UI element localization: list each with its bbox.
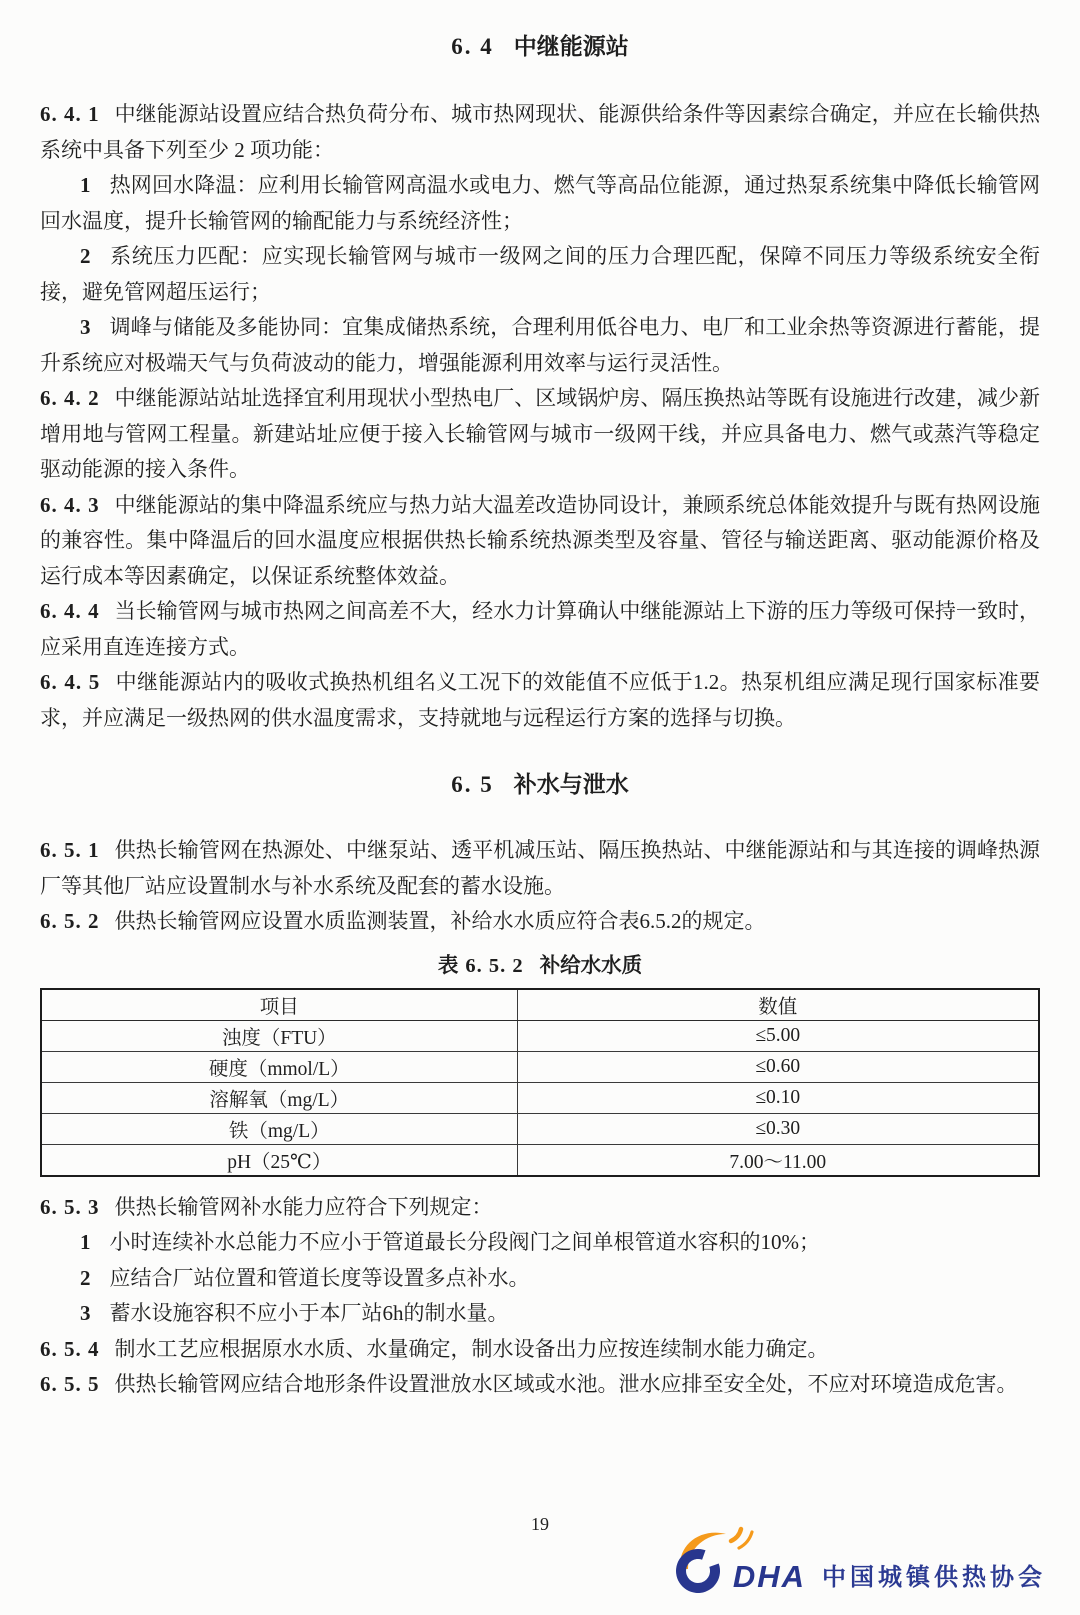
cell-item: 浊度（FTU） [41, 1020, 517, 1051]
item-number: 3 [80, 315, 92, 339]
list-item-1: 1小时连续补水总能力不应小于管道最长分段阀门之间单根管道水容积的10%； [40, 1225, 1040, 1261]
table-header-row: 项目 数值 [41, 989, 1039, 1021]
table-row: 溶解氧（mg/L） ≤0.10 [41, 1082, 1039, 1113]
clause-number: 6. 4. 5 [40, 670, 100, 694]
clause-6-4-5: 6. 4. 5中继能源站内的吸收式换热机组名义工况下的效能值不应低于1.2。热泵… [40, 665, 1040, 736]
column-header-value: 数值 [517, 989, 1039, 1021]
cell-item: 硬度（mmol/L） [41, 1051, 517, 1082]
clause-number: 6. 4. 1 [40, 102, 100, 126]
item-number: 2 [80, 244, 92, 268]
clause-text: 中继能源站的集中降温系统应与热力站大温差改造协同设计，兼顾系统总体能效提升与既有… [40, 493, 1040, 588]
section-number: 6. 5 [451, 772, 494, 797]
logo-acronym-text: DHA [733, 1561, 806, 1592]
list-item-2: 2应结合厂站位置和管道长度等设置多点补水。 [40, 1261, 1040, 1297]
cell-value: 7.00～11.00 [517, 1144, 1039, 1176]
column-header-item: 项目 [41, 989, 517, 1021]
clause-6-5-3: 6. 5. 3供热长输管网补水能力应符合下列规定： [40, 1190, 1040, 1226]
clause-number: 6. 5. 4 [40, 1337, 100, 1361]
table-title: 补给水水质 [540, 955, 643, 977]
clause-6-4-2: 6. 4. 2中继能源站站址选择宜利用现状小型热电厂、区域锅炉房、隔压换热站等既… [40, 381, 1040, 488]
item-text: 系统压力匹配：应实现长输管网与城市一级网之间的压力合理匹配，保障不同压力等级系统… [40, 244, 1040, 304]
item-number: 1 [80, 173, 92, 197]
clause-6-5-2: 6. 5. 2供热长输管网应设置水质监测装置，补给水水质应符合表6.5.2的规定… [40, 904, 1040, 940]
item-text: 应结合厂站位置和管道长度等设置多点补水。 [110, 1266, 530, 1290]
item-number: 3 [80, 1301, 92, 1325]
section-heading-6-5: 6. 5补水与泄水 [40, 766, 1040, 799]
water-quality-table: 项目 数值 浊度（FTU） ≤5.00 硬度（mmol/L） ≤0.60 溶解氧… [40, 988, 1040, 1177]
table-caption: 表 6. 5. 2补给水水质 [40, 948, 1040, 978]
clause-6-5-1: 6. 5. 1供热长输管网在热源处、中继泵站、透平机减压站、隔压换热站、中继能源… [40, 833, 1040, 904]
clause-text: 中继能源站站址选择宜利用现状小型热电厂、区域锅炉房、隔压换热站等既有设施进行改建… [40, 386, 1040, 481]
clause-text: 供热长输管网应设置水质监测装置，补给水水质应符合表6.5.2的规定。 [115, 909, 766, 933]
item-text: 蓄水设施容积不应小于本厂站6h的制水量。 [110, 1301, 509, 1325]
clause-6-4-4: 6. 4. 4当长输管网与城市热网之间高差不大，经水力计算确认中继能源站上下游的… [40, 594, 1040, 665]
clause-text: 制水工艺应根据原水水质、水量确定，制水设备出力应按连续制水能力确定。 [115, 1337, 829, 1361]
item-text: 调峰与储能及多能协同：宜集成储热系统，合理利用低谷电力、电厂和工业余热等资源进行… [40, 315, 1040, 375]
cell-value: ≤0.30 [517, 1113, 1039, 1144]
clause-text: 中继能源站设置应结合热负荷分布、城市热网现状、能源供给条件等因素综合确定，并应在… [40, 102, 1040, 162]
cell-item: pH（25℃） [41, 1144, 517, 1176]
clause-number: 6. 5. 5 [40, 1372, 100, 1396]
list-item-2: 2系统压力匹配：应实现长输管网与城市一级网之间的压力合理匹配，保障不同压力等级系… [40, 239, 1040, 310]
cdha-logo: DHA 中国城镇供热协会 [668, 1523, 1046, 1595]
logo-blue-crescent [676, 1549, 720, 1593]
item-text: 热网回水降温：应利用长输管网高温水或电力、燃气等高品位能源，通过热泵系统集中降低… [40, 173, 1040, 233]
cell-value: ≤0.60 [517, 1051, 1039, 1082]
clause-number: 6. 4. 4 [40, 599, 100, 623]
section-title: 补水与泄水 [514, 772, 629, 797]
clause-6-5-5: 6. 5. 5供热长输管网应结合地形条件设置泄放水区域或水池。泄水应排至安全处，… [40, 1367, 1040, 1403]
clause-6-4-1: 6. 4. 1中继能源站设置应结合热负荷分布、城市热网现状、能源供给条件等因素综… [40, 97, 1040, 168]
cell-value: ≤0.10 [517, 1082, 1039, 1113]
item-number: 1 [80, 1230, 92, 1254]
logo-orange-tick-1 [731, 1529, 741, 1541]
table-label: 表 6. 5. 2 [438, 955, 524, 977]
cell-value: ≤5.00 [517, 1020, 1039, 1051]
page-content: 6. 4中继能源站 6. 4. 1中继能源站设置应结合热负荷分布、城市热网现状、… [0, 0, 1080, 1403]
table-row: 浊度（FTU） ≤5.00 [41, 1020, 1039, 1051]
logo-org-name: 中国城镇供热协会 [822, 1566, 1046, 1590]
section-title: 中继能源站 [514, 34, 629, 59]
table-row: 铁（mg/L） ≤0.30 [41, 1113, 1039, 1144]
cell-item: 溶解氧（mg/L） [41, 1082, 517, 1113]
table-row: 硬度（mmol/L） ≤0.60 [41, 1051, 1039, 1082]
clause-6-5-4: 6. 5. 4制水工艺应根据原水水质、水量确定，制水设备出力应按连续制水能力确定… [40, 1332, 1040, 1368]
page-footer: 19 DHA 中国城镇供热协会 [0, 1485, 1080, 1615]
clause-number: 6. 5. 2 [40, 909, 100, 933]
list-item-3: 3调峰与储能及多能协同：宜集成储热系统，合理利用低谷电力、电厂和工业余热等资源进… [40, 310, 1040, 381]
clause-6-4-3: 6. 4. 3中继能源站的集中降温系统应与热力站大温差改造协同设计，兼顾系统总体… [40, 488, 1040, 595]
list-item-1: 1热网回水降温：应利用长输管网高温水或电力、燃气等高品位能源，通过热泵系统集中降… [40, 168, 1040, 239]
section-number: 6. 4 [451, 34, 494, 59]
clause-text: 中继能源站内的吸收式换热机组名义工况下的效能值不应低于1.2。热泵机组应满足现行… [40, 670, 1040, 730]
clause-number: 6. 5. 3 [40, 1195, 100, 1219]
list-item-3: 3蓄水设施容积不应小于本厂站6h的制水量。 [40, 1296, 1040, 1332]
clause-number: 6. 5. 1 [40, 838, 100, 862]
clause-text: 供热长输管网在热源处、中继泵站、透平机减压站、隔压换热站、中继能源站和与其连接的… [40, 838, 1040, 898]
clause-text: 当长输管网与城市热网之间高差不大，经水力计算确认中继能源站上下游的压力等级可保持… [40, 599, 1040, 659]
section-heading-6-4: 6. 4中继能源站 [40, 28, 1040, 61]
document-page: 6. 4中继能源站 6. 4. 1中继能源站设置应结合热负荷分布、城市热网现状、… [0, 0, 1080, 1615]
table-row: pH（25℃） 7.00～11.00 [41, 1144, 1039, 1176]
clause-text: 供热长输管网应结合地形条件设置泄放水区域或水池。泄水应排至安全处，不应对环境造成… [115, 1372, 1018, 1396]
item-text: 小时连续补水总能力不应小于管道最长分段阀门之间单根管道水容积的10%； [110, 1230, 821, 1254]
item-number: 2 [80, 1266, 92, 1290]
clause-number: 6. 4. 3 [40, 493, 100, 517]
cell-item: 铁（mg/L） [41, 1113, 517, 1144]
clause-text: 供热长输管网补水能力应符合下列规定： [115, 1195, 493, 1219]
clause-number: 6. 4. 2 [40, 386, 100, 410]
